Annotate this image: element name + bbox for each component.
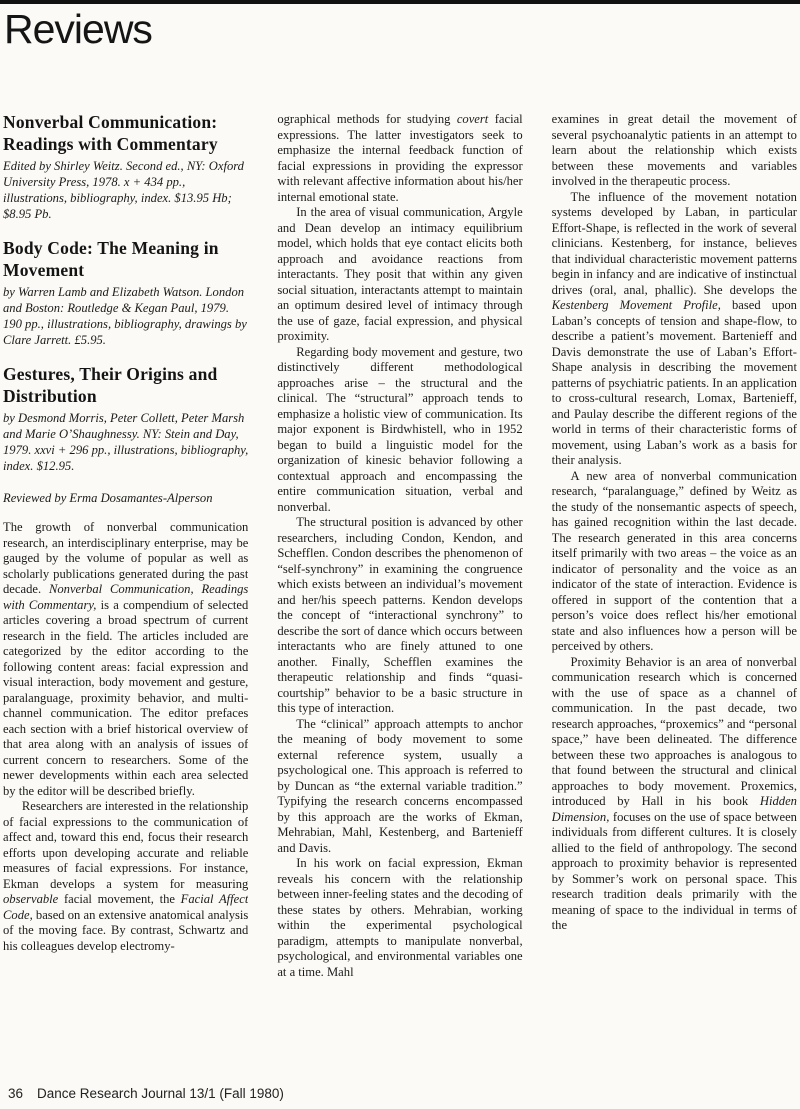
body-paragraph: A new area of nonverbal communication re… (552, 469, 797, 655)
body-paragraph: The “clinical” approach attempts to anch… (277, 717, 522, 857)
body-paragraph: In his work on facial expression, Ekman … (277, 856, 522, 980)
column-3: examines in great detail the movement of… (552, 112, 797, 1066)
body-paragraph: The influence of the movement notation s… (552, 190, 797, 469)
top-rule (0, 0, 800, 4)
book-title: Gestures, Their Origins and Distribution (3, 364, 248, 407)
body-paragraph: The structural position is advanced by o… (277, 515, 522, 717)
body-paragraph: examines in great detail the movement of… (552, 112, 797, 190)
book-citation: by Warren Lamb and Elizabeth Watson. Lon… (3, 284, 248, 348)
review-columns: Nonverbal Communication: Readings with C… (3, 112, 797, 1066)
reviewer-line: Reviewed by Erma Dosamantes-Alperson (3, 490, 248, 506)
page-title: Reviews (4, 6, 152, 53)
column-1: Nonverbal Communication: Readings with C… (3, 112, 248, 1066)
book-citation: Edited by Shirley Weitz. Second ed., NY:… (3, 158, 248, 222)
body-paragraph: The growth of nonverbal communication re… (3, 520, 248, 799)
journal-title-line: Dance Research Journal 13/1 (Fall 1980) (37, 1086, 284, 1101)
book-title: Body Code: The Meaning in Movement (3, 238, 248, 281)
body-paragraph: ographical methods for studying covert f… (277, 112, 522, 205)
page-number: 36 (8, 1086, 23, 1101)
book-title: Nonverbal Communication: Readings with C… (3, 112, 248, 155)
body-paragraph: Regarding body movement and gesture, two… (277, 345, 522, 516)
body-paragraph: Proximity Behavior is an area of nonverb… (552, 655, 797, 934)
book-entry: Nonverbal Communication: Readings with C… (3, 112, 248, 222)
book-entry: Gestures, Their Origins and Distribution… (3, 364, 248, 474)
column-2: ographical methods for studying covert f… (277, 112, 522, 1066)
body-paragraph: Researchers are interested in the relati… (3, 799, 248, 954)
book-citation: by Desmond Morris, Peter Collett, Peter … (3, 410, 248, 474)
book-entry: Body Code: The Meaning in Movement by Wa… (3, 238, 248, 348)
page-footer: 36 Dance Research Journal 13/1 (Fall 198… (8, 1086, 284, 1101)
body-paragraph: In the area of visual communication, Arg… (277, 205, 522, 345)
